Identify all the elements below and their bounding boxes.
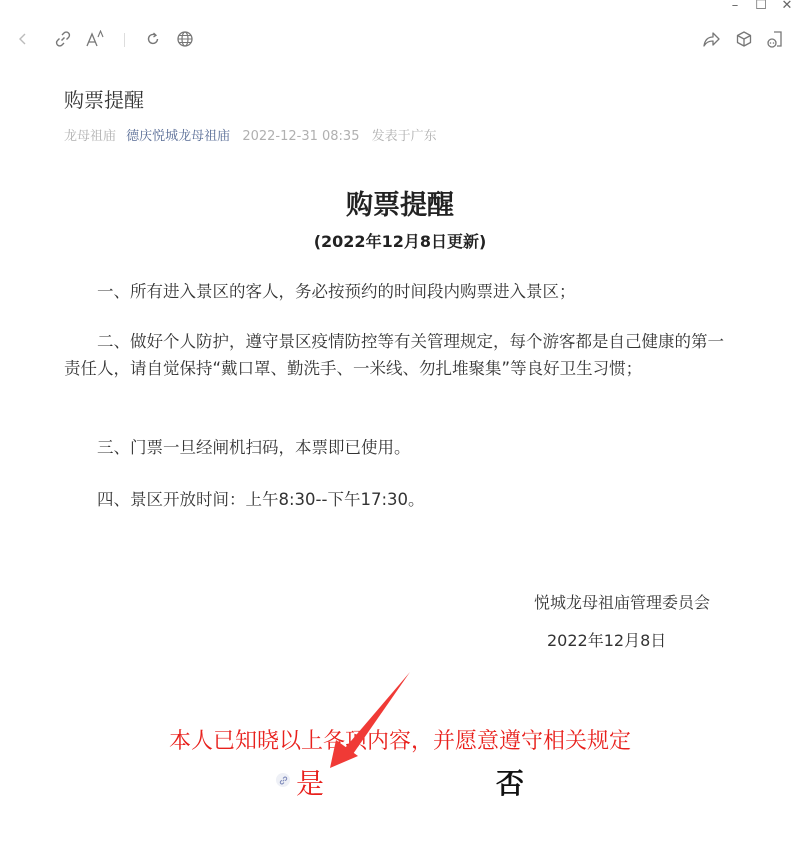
- paragraph-2: 二、做好个人防护，遵守景区疫情防控等有关管理规定，每个游客都是自己健康的第一责任…: [64, 328, 740, 382]
- consent-notice: 本人已知晓以上各项内容，并愿意遵守相关规定: [0, 724, 800, 755]
- toolbar: [0, 28, 800, 52]
- close-button[interactable]: ✕: [774, 0, 800, 14]
- minimize-button[interactable]: –: [722, 0, 748, 14]
- link-icon-small: [276, 773, 290, 787]
- refresh-icon[interactable]: [142, 28, 164, 50]
- toolbar-divider: [124, 33, 125, 47]
- document-heading: 购票提醒: [0, 183, 800, 222]
- share-icon[interactable]: [700, 28, 722, 50]
- back-icon[interactable]: [12, 28, 34, 50]
- link-icon[interactable]: [52, 28, 74, 50]
- paragraph-1: 一、所有进入景区的客人，务必按预约的时间段内购票进入景区；: [64, 278, 740, 305]
- yes-button[interactable]: 是: [296, 762, 324, 802]
- no-button[interactable]: 否: [496, 762, 524, 802]
- paragraph-4: 四、景区开放时间：上午8:30--下午17:30。: [64, 486, 740, 513]
- article-meta: 龙母祖庙 德庆悦城龙母祖庙 2022-12-31 08:35 发表于广东: [64, 125, 437, 144]
- window-controls: – ☐ ✕: [722, 0, 800, 14]
- publish-time: 2022-12-31 08:35: [242, 129, 359, 144]
- author-name: 龙母祖庙: [64, 129, 116, 144]
- paragraph-3: 三、门票一旦经闸机扫码，本票即已使用。: [64, 434, 740, 461]
- font-size-icon[interactable]: [84, 28, 106, 50]
- globe-icon[interactable]: [174, 28, 196, 50]
- maximize-button[interactable]: ☐: [748, 0, 774, 14]
- article-title: 购票提醒: [64, 84, 144, 113]
- document-subheading: (2022年12月8日更新): [0, 229, 800, 252]
- signature-date: 2022年12月8日: [547, 628, 666, 651]
- account-link[interactable]: 德庆悦城龙母祖庙: [126, 129, 230, 144]
- publish-location: 发表于广东: [372, 129, 437, 144]
- signature: 悦城龙母祖庙管理委员会: [534, 590, 710, 613]
- box-icon[interactable]: [733, 28, 755, 50]
- miniprogram-icon[interactable]: [764, 28, 786, 50]
